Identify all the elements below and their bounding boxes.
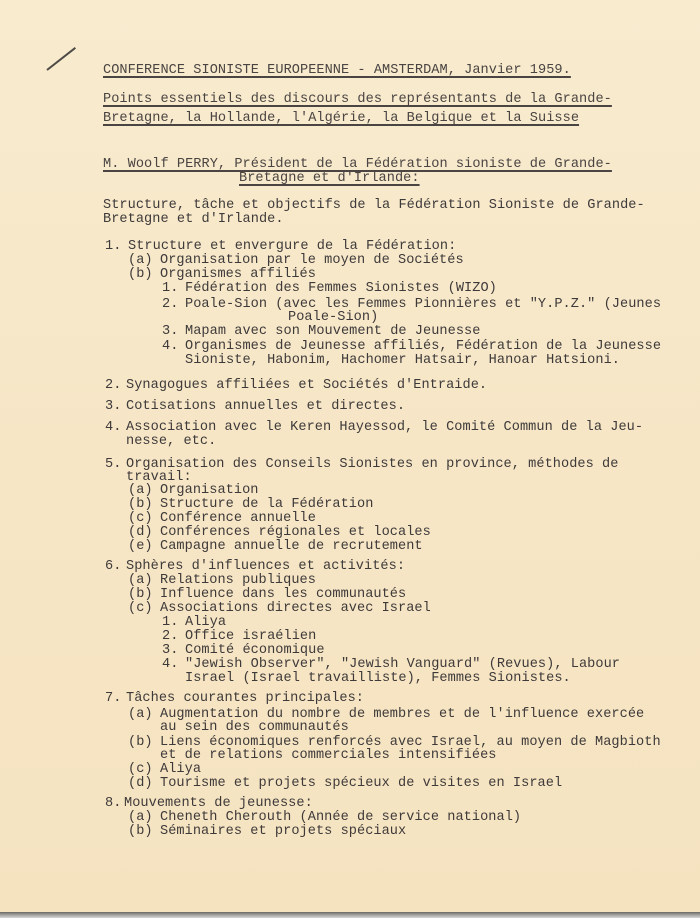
- section-5-title-line-1: Organisation des Conseils Sionistes en p…: [126, 458, 618, 472]
- section-7-item-b-label: (b): [128, 736, 153, 750]
- section-5-item-d-label: (d): [128, 526, 153, 540]
- section-5-item-a: Organisation: [160, 484, 259, 498]
- section-8-title: Mouvements de jeunesse:: [124, 797, 313, 811]
- section-6-sub-4-line-1: "Jewish Observer", "Jewish Vanguard" (Re…: [185, 658, 620, 672]
- section-5-item-a-label: (a): [128, 484, 153, 498]
- section-4-number: 4.: [105, 421, 121, 435]
- section-3-title: Cotisations annuelles et directes.: [126, 400, 405, 414]
- section-8-item-a-label: (a): [128, 811, 153, 825]
- section-6-sub-3-label: 3.: [162, 644, 178, 658]
- section-6-sub-4-line-2: Israel (Israel travailliste), Femmes Sio…: [185, 672, 571, 686]
- section-5-item-b-label: (b): [128, 498, 153, 512]
- section-1-title: Structure et envergure de la Fédération:: [128, 240, 456, 254]
- section-7-item-a-label: (a): [128, 708, 153, 722]
- document-subtitle-line-1: Points essentiels des discours des repré…: [103, 93, 612, 107]
- section-6-title: Sphères d'influences et activités:: [126, 560, 405, 574]
- section-5-item-c: Conférence annuelle: [160, 512, 316, 526]
- intro-line-1: Structure, tâche et objectifs de la Fédé…: [103, 199, 645, 213]
- section-1-sub-4-line-1: Organismes de Jeunesse affiliés, Fédérat…: [185, 340, 661, 354]
- section-5-number: 5.: [105, 458, 121, 472]
- section-4-title-line-2: nesse, etc.: [126, 435, 216, 449]
- section-6-item-a: Relations publiques: [160, 574, 316, 588]
- section-6-sub-3: Comité économique: [185, 644, 325, 658]
- section-7-item-b-line-2: et de relations commerciales intensifiée…: [160, 749, 497, 763]
- section-5-item-e-label: (e): [128, 540, 153, 554]
- section-6-sub-4-label: 4.: [162, 658, 178, 672]
- section-8-number: 8.: [105, 797, 121, 811]
- section-1-sub-2-line-1: Poale-Sion (avec les Femmes Pionnières e…: [185, 298, 661, 312]
- section-5-item-e: Campagne annuelle de recrutement: [160, 540, 423, 554]
- section-1-item-b-label: (b): [128, 268, 153, 282]
- section-1-sub-1: Fédération des Femmes Sionistes (WIZO): [185, 282, 497, 296]
- section-1-item-b: Organismes affiliés: [160, 268, 316, 282]
- section-1-sub-1-label: 1.: [162, 282, 178, 296]
- section-5-item-d: Conférences régionales et locales: [160, 526, 431, 540]
- section-7-item-c: Aliya: [160, 763, 201, 777]
- section-2-title: Synagogues affiliées et Sociétés d'Entra…: [126, 379, 487, 393]
- section-1-sub-3: Mapam avec son Mouvement de Jeunesse: [185, 325, 480, 339]
- section-6-sub-2: Office israélien: [185, 630, 316, 644]
- section-6-sub-1-label: 1.: [162, 616, 178, 630]
- section-7-number: 7.: [105, 692, 121, 706]
- section-8-item-b-label: (b): [128, 825, 153, 839]
- section-1-number: 1.: [105, 240, 121, 254]
- section-6-item-c-label: (c): [128, 602, 153, 616]
- section-6-sub-2-label: 2.: [162, 630, 178, 644]
- section-6-item-b-label: (b): [128, 588, 153, 602]
- section-1-item-a: Organisation par le moyen de Sociétés: [160, 254, 464, 268]
- document-subtitle-line-2: Bretagne, la Hollande, l'Algérie, la Bel…: [103, 112, 579, 126]
- section-1-sub-2-line-2: Poale-Sion): [288, 311, 378, 325]
- section-7-item-c-label: (c): [128, 763, 153, 777]
- section-7-item-d: Tourisme et projets spécieux de visites …: [160, 777, 562, 791]
- intro-line-2: Bretagne et d'Irlande.: [103, 213, 284, 227]
- page-bottom-edge: [0, 912, 700, 918]
- section-1-sub-2-label: 2.: [162, 298, 178, 312]
- section-4-title-line-1: Association avec le Keren Hayessod, le C…: [126, 421, 643, 435]
- section-6-item-a-label: (a): [128, 574, 153, 588]
- section-2-number: 2.: [105, 379, 121, 393]
- section-6-item-c: Associations directes avec Israel: [160, 602, 431, 616]
- section-1-sub-3-label: 3.: [162, 325, 178, 339]
- section-3-number: 3.: [105, 400, 121, 414]
- section-1-sub-4-line-2: Sioniste, Habonim, Hachomer Hatsair, Han…: [185, 354, 620, 368]
- section-8-item-b: Séminaires et projets spéciaux: [160, 825, 406, 839]
- speaker-line-1: M. Woolf PERRY, Président de la Fédérati…: [103, 158, 612, 172]
- section-7-item-d-label: (d): [128, 777, 153, 791]
- section-7-title: Tâches courantes principales:: [126, 692, 364, 706]
- section-1-sub-4-label: 4.: [162, 340, 178, 354]
- section-6-number: 6.: [105, 560, 121, 574]
- document-title: CONFERENCE SIONISTE EUROPEENNE - AMSTERD…: [103, 64, 571, 78]
- section-5-item-c-label: (c): [128, 512, 153, 526]
- speaker-line-2: Bretagne et d'Irlande:: [239, 172, 420, 186]
- section-8-item-a: Cheneth Cherouth (Année de service natio…: [160, 811, 521, 825]
- section-7-item-a-line-2: au sein des communautés: [160, 721, 349, 735]
- section-1-item-a-label: (a): [128, 254, 153, 268]
- section-6-sub-1: Aliya: [185, 616, 226, 630]
- section-5-item-b: Structure de la Fédération: [160, 498, 373, 512]
- section-6-item-b: Influence dans les communautés: [160, 588, 406, 602]
